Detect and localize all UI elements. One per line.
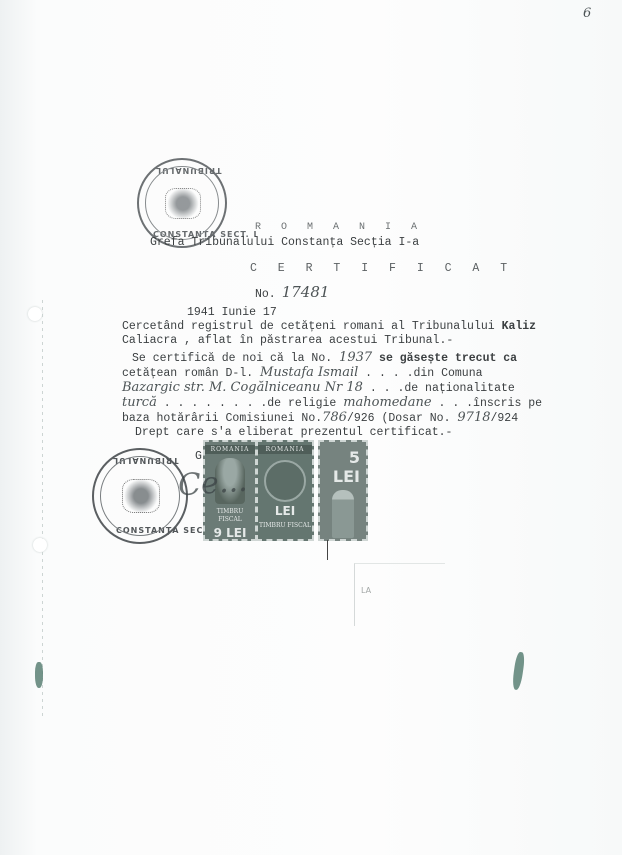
punch-hole (33, 538, 47, 552)
stamp-type: TIMBRU FISCAL (205, 508, 255, 524)
coat-of-arms-icon (122, 479, 161, 512)
fiscal-stamp-2: ROMANIA LEI TIMBRU FISCAL (256, 440, 314, 541)
faint-stamp-mark: LA (354, 563, 445, 626)
commission-number: 786 (322, 410, 347, 425)
coat-of-arms-icon (165, 188, 201, 219)
stamp-value: 9 LEI (205, 526, 255, 540)
fiscal-stamp-3: 5 LEI ROMANIA (318, 440, 368, 541)
body-line-8: Drept care s'a eliberat prezentul certif… (135, 426, 452, 439)
signature: Ce... (177, 464, 249, 504)
stamp-type: TIMBRU FISCAL (258, 522, 312, 530)
line-text: . . .de naționalitate (370, 382, 515, 395)
line-text: . . .înscris pe (439, 397, 543, 410)
page-fold-line (42, 300, 43, 720)
header-country: R O M A N I A (255, 222, 424, 233)
seal-top-text: TRIBUNALUL (155, 166, 221, 175)
ink-smudge (511, 652, 525, 691)
number-value: 17481 (282, 283, 330, 301)
tribunal-seal-top: TRIBUNALUL CONSTANȚA SECT. I (137, 158, 227, 248)
body-line-3: Se certifică de noi că la No. 1937 se gă… (132, 350, 517, 365)
body-line-4: cetățean român D-l. Mustafa Ismail . . .… (122, 365, 483, 380)
nationality: turcă (122, 395, 157, 410)
line-text: /924 (491, 412, 519, 425)
line-text: /926 (Dosar No. (347, 412, 451, 425)
stamp-country: ROMANIA (258, 445, 312, 454)
ink-smudge (35, 662, 43, 688)
stamp-country: ROMANIA (205, 445, 255, 454)
struck-word: Kaliz (502, 320, 537, 333)
signature-stroke (327, 540, 328, 560)
body-line-2: Caliacra , aflat în păstrarea acestui Tr… (122, 334, 453, 347)
header-office: Grefa Tribunalului Constanța Secția I-a (150, 236, 419, 249)
body-line-6: turcă . . . . . . . .de religie mahomeda… (122, 395, 542, 410)
line-text: Cercetând registrul de cetățeni romani a… (122, 320, 495, 333)
page-number: 6 (583, 6, 591, 21)
justice-figure-icon (332, 490, 354, 538)
document-title: C E R T I F I C A T (250, 262, 514, 275)
line-text: Se certifică de noi că la No. (132, 352, 332, 365)
line-text: se găsește trecut ca (379, 352, 517, 365)
religion: mahomedane (343, 395, 431, 410)
dossier-number: 9718 (457, 410, 490, 425)
certificate-number: No.17481 (255, 283, 329, 301)
emblem-icon (264, 460, 306, 502)
line-text: . . . . . . . .de religie (164, 397, 337, 410)
faint-stamp-label: LA (361, 586, 371, 595)
body-line-1: Cercetând registrul de cetățeni romani a… (122, 320, 536, 333)
number-label: No. (255, 288, 276, 301)
citizen-address: Bazargic str. M. Cogălniceanu Nr 18 (122, 380, 363, 395)
stamp-value: LEI (258, 504, 312, 518)
punch-hole (28, 307, 42, 321)
line-text: cetățean român D-l. (122, 367, 253, 380)
scanned-document-page: 6 TRIBUNALUL CONSTANȚA SECT. I R O M A N… (0, 0, 622, 855)
body-line-7: baza hotărârii Comisiunei No.786/926 (Do… (122, 410, 518, 425)
line-text: baza hotărârii Comisiunei No. (122, 412, 322, 425)
citizen-name: Mustafa Ismail (260, 365, 358, 380)
body-line-5: Bazargic str. M. Cogălniceanu Nr 18 . . … (122, 380, 515, 395)
line-text: . . . .din Comuna (365, 367, 482, 380)
registry-number: 1937 (339, 350, 372, 365)
issue-date: 1941 Iunie 17 (187, 306, 277, 319)
seal-top-text: TRIBUNALUL (112, 456, 178, 465)
stamp-value: 5 LEI (320, 448, 366, 486)
tribunal-seal-bottom: TRIBUNALUL CONSTANȚA SECT. I (92, 448, 188, 544)
